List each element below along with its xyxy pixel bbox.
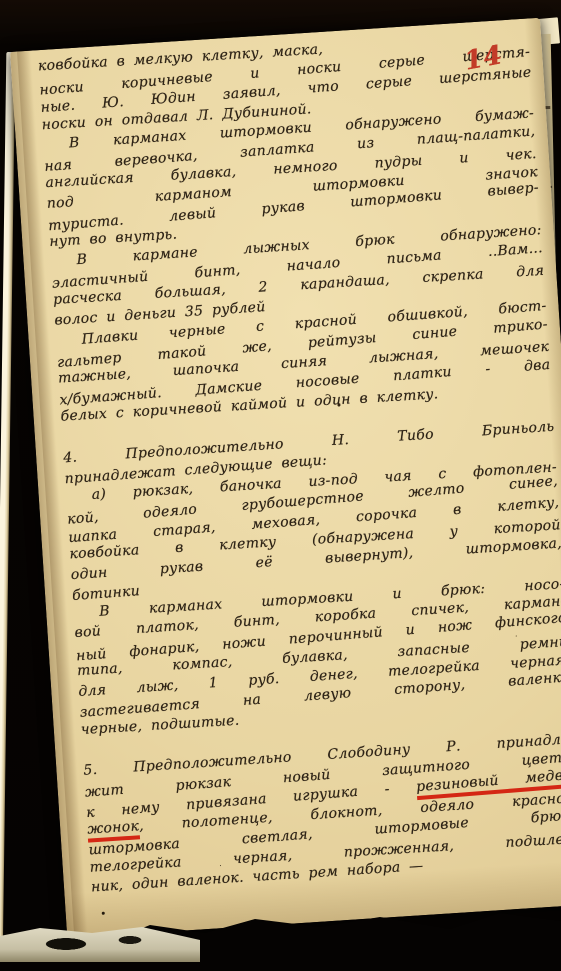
handwriting-lines: ковбойка в мелкую клетку, маска,носки ко… bbox=[37, 26, 561, 897]
document-page: 14 ковбойка в мелкую клетку, маска,носки… bbox=[10, 18, 561, 938]
ink-specks bbox=[102, 912, 105, 915]
photo-of-case-file-page: 14 ковбойка в мелкую клетку, маска,носки… bbox=[0, 0, 561, 971]
book-spine-edge bbox=[0, 52, 15, 964]
